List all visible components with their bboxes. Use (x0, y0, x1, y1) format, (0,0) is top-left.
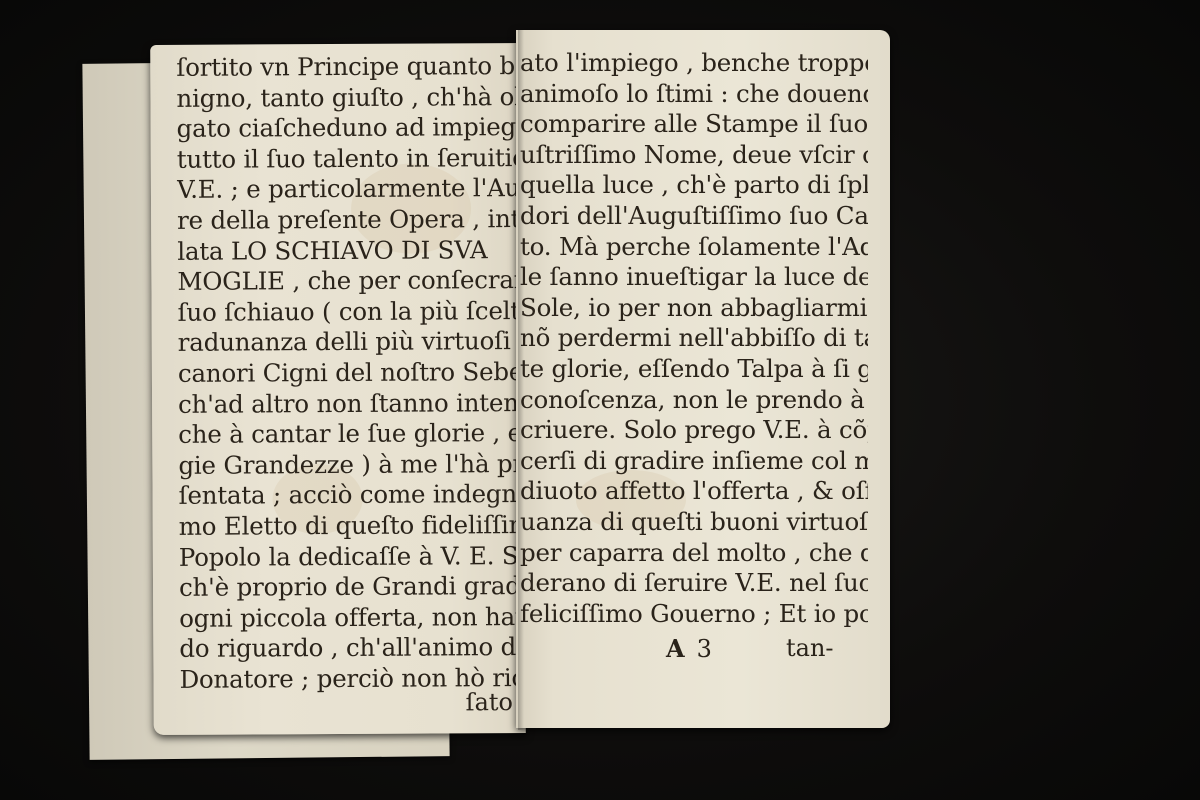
signature-number: 3 (697, 635, 712, 663)
text-line: canori Cigni del noſtro Sebeto (178, 357, 528, 389)
text-line: lata LO SCHIAVO DI SVA (177, 235, 527, 267)
text-line: le ſanno inueſtigar la luce del (520, 262, 868, 293)
left-page-text: ſortito vn Principe quanto be nigno, tan… (176, 51, 529, 695)
text-line: uanza di queſti buoni virtuoſi (520, 507, 868, 538)
right-page: ato l'impiego , benche troppo animoſo lo… (516, 30, 890, 728)
text-line: to. Mà perche ſolamente l'Aqui- (520, 232, 868, 263)
text-line: ogni piccola offerta, non hauer (179, 602, 529, 634)
signature-mark: A 3 (666, 634, 712, 663)
text-line: nõ perdermi nell'abbiſſo di tan- (520, 323, 868, 354)
signature-letter: A (666, 634, 685, 663)
text-line: conoſcenza, non le prendo à de- (520, 385, 868, 416)
text-line: V.E. ; e particolarmente l'Auto (177, 173, 527, 205)
text-line: animoſo lo ſtimi : che douendo (520, 79, 868, 110)
text-line: Sole, io per non abbagliarmi , e (520, 293, 868, 324)
text-line: ato l'impiego , benche troppo (520, 48, 868, 79)
book-gutter (518, 30, 524, 730)
catchword: ſato (466, 688, 513, 716)
text-line: nigno, tanto giuſto , ch'hà obli (176, 82, 526, 114)
text-line: gato ciaſcheduno ad impiegar (177, 112, 527, 144)
text-line: ch'è proprio de Grandi gradir (179, 571, 529, 603)
text-line: dori dell'Auguſtiſſimo ſuo Caſa- (520, 201, 868, 232)
text-line: radunanza delli più virtuoſi , e (178, 326, 528, 358)
text-line: ſortito vn Principe quanto be (176, 51, 526, 83)
text-line: do riguardo , ch'all'animo d (179, 632, 529, 664)
text-line: ſentata ; acciò come indegniſſ (178, 479, 528, 511)
text-line: Popolo la dedicaſſe à V. E. S (179, 541, 529, 573)
text-line: cerſi di gradire inſieme col mio (520, 446, 868, 477)
text-line: re della preſente Opera , intito (177, 204, 527, 236)
text-line: che à cantar le ſue glorie , e Re (178, 418, 528, 450)
text-line: uſtriſſimo Nome, deue vſcir con (520, 140, 868, 171)
text-line: per caparra del molto , che deſi- (520, 538, 868, 569)
right-page-text: ato l'impiego , benche troppo animoſo lo… (520, 48, 868, 629)
text-line: comparire alle Stampe il ſuo Il- (520, 109, 868, 140)
text-line: tutto il ſuo talento in ſeruitio d (177, 143, 527, 175)
catchword: tan- (786, 634, 834, 662)
text-line: quella luce , ch'è parto di ſplen- (520, 170, 868, 201)
text-line: gie Grandezze ) à me l'hà pre (178, 449, 528, 481)
text-line: ch'ad altro non ſtanno intenti (178, 388, 528, 420)
text-line: diuoto affetto l'offerta , & oſſer- (520, 476, 868, 507)
text-line: criuere. Solo prego V.E. à cõpia- (520, 415, 868, 446)
text-line: derano di ſeruire V.E. nel ſuo (520, 568, 868, 599)
text-line: ſuo ſchiauo ( con la più ſcelta (178, 296, 528, 328)
text-line: mo Eletto di queſto fideliſſim (179, 510, 529, 542)
text-line: MOGLIE , che per conſecrarſ (177, 265, 527, 297)
text-line: te glorie, eſſendo Talpa à ſi gran (520, 354, 868, 385)
text-line: feliciſſimo Gouerno ; Et io por- (520, 599, 868, 630)
left-page: ſortito vn Principe quanto be nigno, tan… (150, 43, 526, 735)
